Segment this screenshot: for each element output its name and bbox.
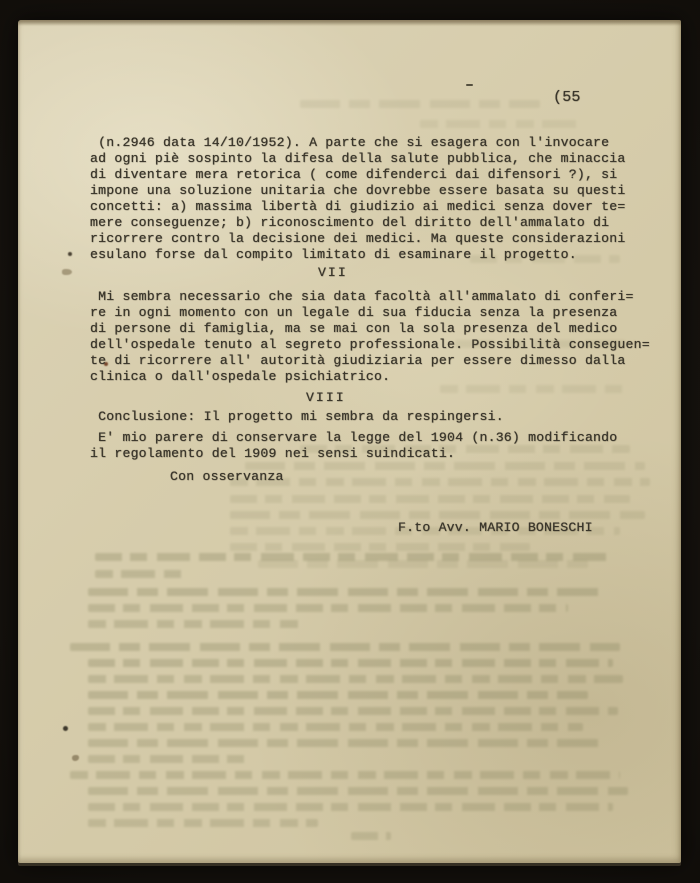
bleedthrough-line <box>245 462 645 470</box>
bleedthrough-line <box>88 739 603 747</box>
bleedthrough-line <box>88 803 613 811</box>
bleedthrough-line <box>88 620 303 628</box>
paper-speck <box>63 726 68 731</box>
paper-flaw <box>72 755 79 761</box>
page-number: (55 <box>553 90 581 106</box>
bleedthrough-line <box>88 604 568 612</box>
bleedthrough-line <box>70 643 620 651</box>
signature: F.to Avv. MARIO BONESCHI <box>398 520 593 536</box>
bleedthrough-line <box>230 543 530 551</box>
section-heading-viii: VIII <box>306 390 346 406</box>
salutation: Con osservanza <box>170 469 284 485</box>
typed-paragraph-2: Mi sembra necessario che sia data facolt… <box>90 289 650 385</box>
bleedthrough-line <box>88 691 588 699</box>
section-heading-vii: VII <box>318 265 348 281</box>
bleedthrough-line <box>230 495 630 503</box>
scanned-document-screenshot: { "page": { "number": "(55" }, "body": {… <box>0 0 700 883</box>
bleedthrough-line <box>70 771 620 779</box>
bleedthrough-line <box>88 819 318 827</box>
bleedthrough-line <box>230 478 650 486</box>
bleedthrough-line <box>258 560 588 568</box>
bleedthrough-line <box>351 832 391 840</box>
bleedthrough-line <box>95 570 190 578</box>
bleedthrough-line <box>88 755 253 763</box>
bleedthrough-line <box>88 723 583 731</box>
bleedthrough-line <box>420 120 580 128</box>
bleedthrough-line <box>300 100 540 108</box>
bleedthrough-line <box>88 707 618 715</box>
bleedthrough-line <box>88 588 603 596</box>
paper-flaw <box>62 269 72 275</box>
bleedthrough-line <box>88 659 613 667</box>
document-page: (55 (n.2946 data 14/10/1952). A parte ch… <box>18 20 681 863</box>
paper-speck <box>68 252 72 256</box>
closing-paragraph: E' mio parere di conservare la legge del… <box>90 430 617 462</box>
bleedthrough-line <box>230 511 645 519</box>
bleedthrough-line <box>440 385 630 393</box>
conclusion-line: Conclusione: Il progetto mi sembra da re… <box>90 409 504 425</box>
bleedthrough-line <box>88 675 623 683</box>
paper-speck <box>466 84 473 86</box>
bleedthrough-line <box>88 787 628 795</box>
bleedthrough-line <box>95 553 615 561</box>
typed-paragraph-1: (n.2946 data 14/10/1952). A parte che si… <box>90 135 626 263</box>
